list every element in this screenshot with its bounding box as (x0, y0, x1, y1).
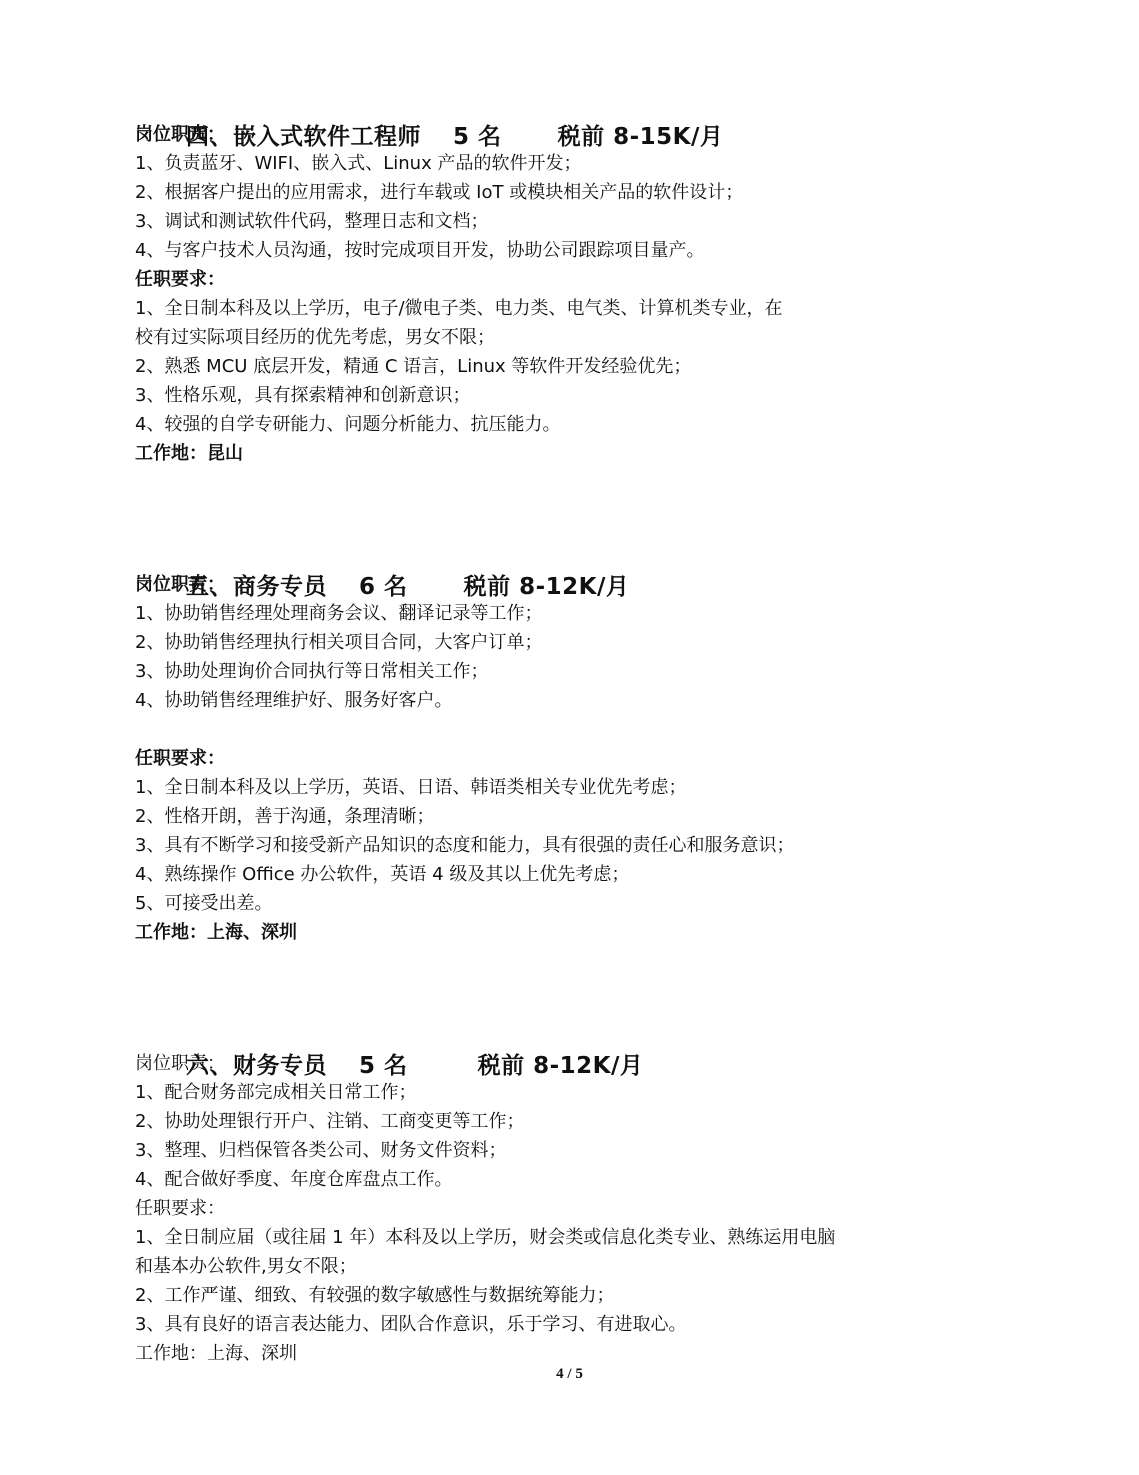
duty-item: 1、负责蓝牙、WIFI、嵌入式、Linux 产品的软件开发； (135, 149, 1015, 178)
job-title: 六、财务专员5 名税前 8-12K/月 (135, 1015, 1015, 1049)
requirement-item: 3、性格乐观，具有探索精神和创新意识； (135, 381, 1015, 410)
duty-item: 4、与客户技术人员沟通，按时完成项目开发，协助公司跟踪项目量产。 (135, 236, 1015, 265)
requirement-item: 1、全日制本科及以上学历，电子/微电子类、电力类、电气类、计算机类专业，在 (135, 294, 1015, 323)
duty-item: 2、协助处理银行开户、注销、工商变更等工作； (135, 1107, 1015, 1136)
duty-item: 2、根据客户提出的应用需求，进行车载或 IoT 或模块相关产品的软件设计； (135, 178, 1015, 207)
job-section-business-specialist: 五、商务专员6 名税前 8-12K/月 岗位职责： 1、协助销售经理处理商务会议… (135, 536, 1015, 947)
work-location: 工作地：上海、深圳 (135, 918, 1015, 947)
requirement-item: 2、性格开朗，善于沟通，条理清晰； (135, 802, 1015, 831)
requirement-item: 5、可接受出差。 (135, 889, 1015, 918)
job-title: 五、商务专员6 名税前 8-12K/月 (135, 536, 1015, 570)
duty-item: 4、配合做好季度、年度仓库盘点工作。 (135, 1165, 1015, 1194)
duty-item: 2、协助销售经理执行相关项目合同，大客户订单； (135, 628, 1015, 657)
requirements-label: 任职要求： (135, 1194, 1015, 1223)
section-spacer (135, 468, 1015, 536)
requirements-label: 任职要求： (135, 265, 1015, 294)
job-salary: 税前 8-12K/月 (478, 1049, 644, 1083)
requirement-item: 校有过实际项目经历的优先考虑，男女不限； (135, 323, 1015, 352)
job-salary: 税前 8-15K/月 (558, 120, 724, 154)
requirement-item: 1、全日制本科及以上学历，英语、日语、韩语类相关专业优先考虑； (135, 773, 1015, 802)
requirement-item: 和基本办公软件,男女不限； (135, 1252, 1015, 1281)
duty-item: 3、协助处理询价合同执行等日常相关工作； (135, 657, 1015, 686)
blank-line (135, 715, 1015, 744)
requirement-item: 2、工作严谨、细致、有较强的数字敏感性与数据统筹能力； (135, 1281, 1015, 1310)
section-spacer (135, 947, 1015, 1015)
duty-item: 4、协助销售经理维护好、服务好客户。 (135, 686, 1015, 715)
requirement-item: 4、较强的自学专研能力、问题分析能力、抗压能力。 (135, 410, 1015, 439)
requirements-label: 任职要求： (135, 744, 1015, 773)
requirement-item: 3、具有不断学习和接受新产品知识的态度和能力，具有很强的责任心和服务意识； (135, 831, 1015, 860)
requirement-item: 3、具有良好的语言表达能力、团队合作意识，乐于学习、有进取心。 (135, 1310, 1015, 1339)
document-page: 四、嵌入式软件工程师5 名税前 8-15K/月 岗位职责： 1、负责蓝牙、WIF… (135, 86, 1015, 1368)
work-location: 工作地：昆山 (135, 439, 1015, 468)
job-section-embedded-engineer: 四、嵌入式软件工程师5 名税前 8-15K/月 岗位职责： 1、负责蓝牙、WIF… (135, 86, 1015, 468)
duty-item: 3、整理、归档保管各类公司、财务文件资料； (135, 1136, 1015, 1165)
page-number: 4 / 5 (0, 1366, 1139, 1383)
job-section-finance-specialist: 六、财务专员5 名税前 8-12K/月 岗位职责： 1、配合财务部完成相关日常工… (135, 1015, 1015, 1368)
work-location: 工作地：上海、深圳 (135, 1339, 1015, 1368)
requirement-item: 1、全日制应届（或往届 1 年）本科及以上学历，财会类或信息化类专业、熟练运用电… (135, 1223, 1015, 1252)
duty-item: 3、调试和测试软件代码，整理日志和文档； (135, 207, 1015, 236)
job-title: 四、嵌入式软件工程师5 名税前 8-15K/月 (135, 86, 1015, 120)
requirement-item: 4、熟练操作 Office 办公软件，英语 4 级及其以上优先考虑； (135, 860, 1015, 889)
requirement-item: 2、熟悉 MCU 底层开发，精通 C 语言，Linux 等软件开发经验优先； (135, 352, 1015, 381)
